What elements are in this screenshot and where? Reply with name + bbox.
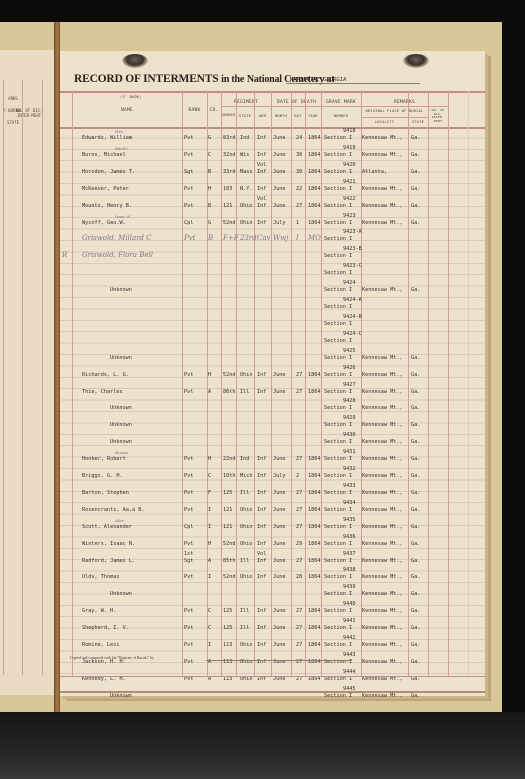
form-mark: (3' BOOK): [120, 95, 142, 100]
handwritten-correction: Isaac N: [115, 214, 130, 219]
header-grave-mark: GRAVE MARK: [321, 100, 361, 105]
grave-number-cell: 9424-B: [343, 314, 362, 320]
grave-number-cell: 9439: [343, 584, 356, 590]
grave-number-cell: 9420: [343, 162, 356, 168]
grave-number-cell: 9436: [343, 534, 356, 540]
header-original-place: ORIGINAL PLACE OF BURIAL: [361, 109, 428, 114]
handwritten-correction: Hosea: [115, 450, 128, 455]
header-date-of-death: DATE OF DEATH: [271, 100, 322, 105]
footer-certification: Copied and compared with the "Register o…: [70, 656, 154, 660]
grave-number-cell: 9443: [343, 652, 356, 658]
grave-number-cell: 9427: [343, 382, 356, 388]
handwritten-correction: Mich'l: [115, 146, 128, 151]
interment-name: Unknown: [110, 693, 132, 699]
grave-number-cell: 9424: [343, 280, 356, 286]
grave-number-cell: 9424-C: [343, 331, 362, 337]
grave-number-cell: 9440: [343, 601, 356, 607]
grave-number-cell: 9441: [343, 618, 356, 624]
grave-section-cell: Section I: [324, 693, 352, 699]
burial-locality-cell: Kennesaw Mt.,: [362, 693, 403, 699]
left-page: ARKS F BURIAL STATE NO. OF DIS-INTER-MEN…: [0, 50, 56, 695]
grave-number-cell: 9433: [343, 483, 356, 489]
header-regiment-arm: ARM: [254, 114, 271, 119]
header-rank: RANK: [182, 108, 207, 113]
sheet-bottom-edge: [60, 691, 485, 693]
binder-ring-left: [122, 54, 148, 68]
grave-number-cell: 9438: [343, 567, 356, 573]
grave-number-cell: 9419: [343, 145, 356, 151]
interment-record-sheet: RECORD OF INTERMENTS in the National Cem…: [60, 51, 485, 696]
header-day: DAY: [291, 114, 305, 119]
cemetery-location: MARIETTA, GEORGIA: [286, 77, 420, 84]
header-regiment: REGIMENT: [221, 100, 271, 105]
regiment-arm-note: Vol: [257, 162, 266, 168]
grave-number-cell: 9428: [343, 398, 356, 404]
grave-number-cell: 9423-C: [343, 263, 362, 269]
header-month: MONTH: [271, 114, 291, 119]
header-co: CO.: [207, 108, 221, 113]
header-regiment-state: STATE: [236, 114, 254, 119]
handwritten-correction: Alex.: [115, 518, 125, 523]
grave-number-cell: 9431: [343, 449, 356, 455]
table-bottom-rule: [60, 676, 485, 677]
regiment-arm-note: Vol: [257, 551, 266, 557]
left-header-disinterment: NO. OF DIS-INTER-MENT: [14, 108, 44, 118]
header-year: YEAR: [305, 114, 321, 119]
grave-number-cell: 9418: [343, 128, 356, 134]
grave-number-cell: 9429: [343, 415, 356, 421]
grave-number-cell: 9432: [343, 466, 356, 472]
grave-number-cell: 9434: [343, 500, 356, 506]
grave-number-cell: 9442: [343, 635, 356, 641]
header-name: NAME: [72, 108, 182, 113]
grave-number-cell: 9425: [343, 348, 356, 354]
grave-number-cell: 9421: [343, 179, 356, 185]
grave-number-cell: 9426: [343, 365, 356, 371]
grave-number-cell: 9424-A: [343, 297, 362, 303]
rank-note: 1st: [184, 551, 193, 557]
grave-number-cell: 9423-B: [343, 246, 362, 252]
header-regiment-number: NUMBER: [221, 113, 236, 118]
grave-number-cell: 9422: [343, 196, 356, 202]
grave-number-cell: 9435: [343, 517, 356, 523]
signature-line: [206, 660, 352, 661]
grave-number-cell: 9437: [343, 551, 356, 557]
grave-number-cell: 9430: [343, 432, 356, 438]
binder-ring-right: [403, 54, 429, 68]
table-surface: [0, 712, 525, 779]
header-remarks: REMARKS: [361, 100, 448, 105]
handwritten-correction: Wm: [115, 129, 123, 134]
grave-number-cell: 9444: [343, 669, 356, 675]
regiment-arm-note: Vol: [257, 196, 266, 202]
grave-number-cell: 9423-A: [343, 229, 362, 235]
left-header-state: STATE: [0, 120, 40, 125]
header-grave-number: NUMBER: [321, 114, 361, 119]
grave-number-cell: 9423: [343, 213, 356, 219]
left-header-remarks: ARKS: [0, 96, 40, 101]
burial-state-cell: Ga.: [411, 693, 420, 699]
